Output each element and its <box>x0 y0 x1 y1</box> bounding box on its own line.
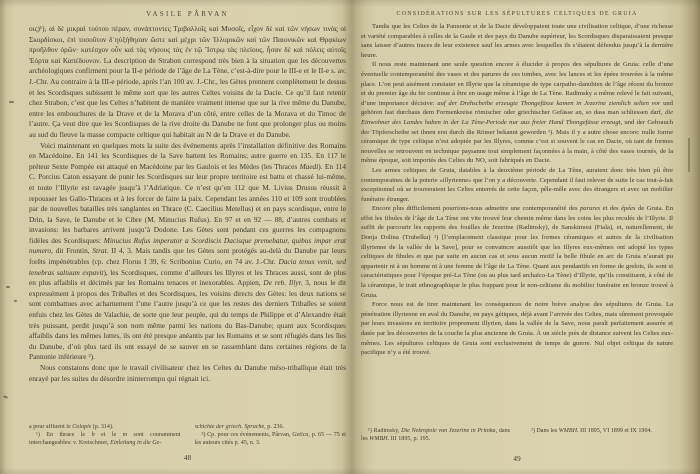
paragraph-armes-celtiques: Les armes celtiques de Gruia, datables à… <box>361 166 673 204</box>
left-footnotes-column-1: a pour affluent le Colapis (p. 314).¹) E… <box>29 424 181 448</box>
text-segment: (p. 314). <box>91 424 113 430</box>
text-segment: ¹) En thrace le <box>36 432 92 438</box>
text-segment: parures <box>580 205 600 212</box>
text-segment: III 1895, p. 195. <box>389 436 430 442</box>
text-segment: WMBH. <box>559 428 579 434</box>
text-segment: Die Nekropole von Jezerine in Pritoka <box>401 428 496 434</box>
text-segment: Encore plus difficilement pourrions-nous… <box>372 205 580 212</box>
text-segment: et le <box>95 432 123 438</box>
text-segment: III 1895, VI 1899 et IX 1904. <box>579 428 653 434</box>
text-segment: ²) Cp. pour ces événements, Pârvan, <box>202 432 293 438</box>
text-segment: a pour affluent le <box>29 424 72 430</box>
left-page-body: οις)¹), αἱ δὲ μικραὶ τούτου πέραν, συνάπ… <box>29 24 346 408</box>
left-page-number: 48 <box>29 453 346 462</box>
scan-artifact <box>9 101 14 103</box>
footnote-1: ¹) Radimsky, Die Nekropole von Jezerine … <box>361 428 510 444</box>
text-segment: Force nous est de tirer maintenant les c… <box>361 301 673 356</box>
text-segment: et des <box>600 205 621 212</box>
text-segment: Les armes celtiques de Gruia, datables à… <box>361 167 673 203</box>
right-page-number: 49 <box>361 454 673 463</box>
text-segment: Colapis <box>72 424 91 430</box>
right-page-footnotes: ¹) Radimsky, Die Nekropole von Jezerine … <box>361 428 673 444</box>
left-page-footnotes: a pour affluent le Colapis (p. 314).¹) E… <box>29 424 346 448</box>
text-segment: Einleitung in die Ge- <box>110 440 161 446</box>
paragraph-scordisques-disparition: Tandis que les Celtes de la Pannonie et … <box>361 22 673 60</box>
footnote-1: ¹) En thrace le b et le m sont courammen… <box>29 432 181 448</box>
text-segment: Strat. <box>92 246 108 255</box>
text-segment: Voici maintenant en quelques mots la sui… <box>29 141 346 171</box>
text-segment: Maedi <box>300 162 319 171</box>
text-segment: épées <box>621 205 636 212</box>
paragraph-events-history: Voici maintenant en quelques mots la sui… <box>29 141 346 363</box>
footnote-1-continued: schichte der griech. Sprache, p. 236. <box>195 424 347 432</box>
scan-artifact <box>688 138 690 172</box>
text-segment: WMBH. <box>369 436 389 442</box>
text-segment: Nous constatons donc que le travail civi… <box>29 363 346 383</box>
text-segment: ²) Dans les <box>531 428 559 434</box>
scan-artifact <box>3 395 8 399</box>
left-running-header: VASILE PÂRVAN <box>29 11 346 18</box>
left-footnotes-column-2: schichte der griech. Sprache, p. 236.²) … <box>195 424 347 448</box>
right-running-header: CONSIDÉRATIONS SUR LES SÉPULTURES CELTIQ… <box>361 11 673 17</box>
right-page-body: Tandis que les Celtes de la Pannonie et … <box>361 22 673 424</box>
footnote-2: ²) Dans les WMBH. III 1895, VI 1899 et I… <box>524 428 673 436</box>
text-segment: , p. 236. <box>264 424 284 430</box>
footnote-continuation: a pour affluent le Colapis (p. 314). <box>29 424 181 432</box>
right-footnotes-column-2: ²) Dans les WMBH. III 1895, VI 1899 et I… <box>524 428 673 444</box>
book-scan: VASILE PÂRVAN οις)¹), αἱ δὲ μικραὶ τούτο… <box>0 0 700 474</box>
paragraph-conclusion-left: Nous constatons donc que le travail civi… <box>29 363 346 384</box>
text-segment: Getica <box>292 432 308 438</box>
text-segment: 3, nous le dit expressément à propos des… <box>29 278 346 361</box>
footnote-2: ²) Cp. pour ces événements, Pârvan, Geti… <box>195 432 347 448</box>
text-segment: ¹) Radimsky, <box>368 428 401 434</box>
text-segment: ). En 114 C. Porcius Caton essayant de p… <box>29 162 346 245</box>
right-footnotes-column-1: ¹) Radimsky, Die Nekropole von Jezerine … <box>361 428 510 444</box>
scan-artifact <box>6 286 10 288</box>
scan-artifact <box>14 300 17 302</box>
text-segment: auf der Drehscheibe erzeugte Thongefässe… <box>437 100 660 107</box>
right-page: CONSIDÉRATIONS SUR LES SÉPULTURES CELTIQ… <box>361 0 673 474</box>
paragraph-parures-epees: Encore plus difficilement pourrions-nous… <box>361 204 673 300</box>
paragraph-consequences: Force nous est de tirer maintenant les c… <box>361 300 673 358</box>
paragraph-strabo-quote: οις)¹), αἱ δὲ μικραὶ τούτου πέραν, συνάπ… <box>29 24 346 141</box>
text-segment: schichte der griech. Sprache <box>195 424 265 430</box>
text-segment: Tandis que les Celtes de la Pannonie et … <box>361 23 673 59</box>
text-segment: La description de Strabon correspond trè… <box>29 56 346 139</box>
left-page: VASILE PÂRVAN οις)¹), αἱ δὲ μικραὶ τούτο… <box>29 0 346 474</box>
text-segment: De reb. Illyr. <box>263 278 302 287</box>
text-segment: de Gruia. En effet les fibules de l’âge … <box>361 205 673 298</box>
paragraph-contemporaneite-question: Il nous reste maintenant une seule quest… <box>361 60 673 166</box>
text-segment: , dit Frontin, <box>51 246 92 255</box>
